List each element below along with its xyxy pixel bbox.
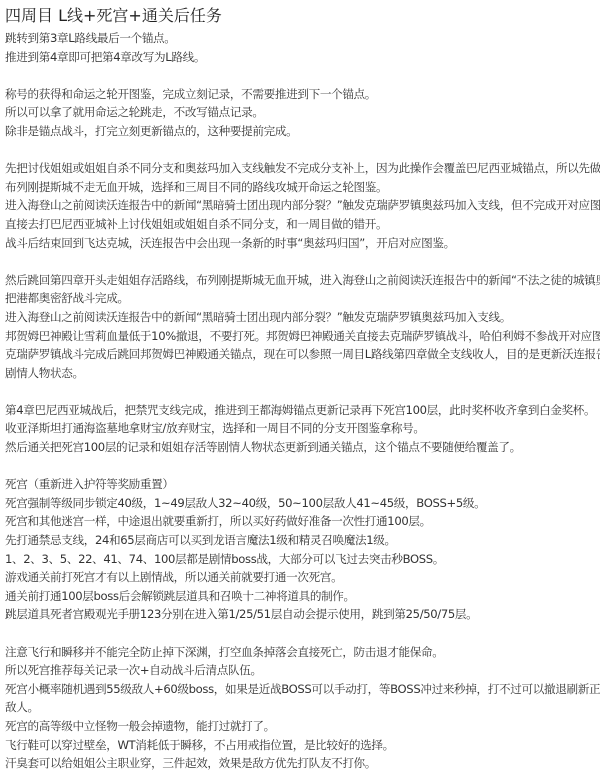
guide-document: 四周目 L线+死宫+通关后任务 跳转到第3章L路线最后一个锚点。 推进到第4章即…	[0, 0, 600, 773]
paragraph-spacer	[5, 66, 600, 85]
text-line: 跳层道具死者宫殿观光手册123分别在进入第1/25/51层自动会提示使用，跳到第…	[5, 605, 600, 624]
text-line: 所以死宫推荐每关记录一次+自动战斗后清点队伍。	[5, 661, 600, 680]
text-line: 进入海登山之前阅读沃连报告中的新闻“黑暗骑士团出现内部分裂？”触发克瑞萨罗镇奥兹…	[5, 308, 600, 327]
paragraph-palace-of-dead: 死宫（重新进入护符等奖励重置） 死宫强制等级同步锁定40级，1~49层敌人32~…	[5, 475, 600, 624]
paragraph-spacer	[5, 457, 600, 476]
page-title: 四周目 L线+死宫+通关后任务	[5, 4, 600, 28]
text-line: 注意飞行和瞬移并不能完全防止掉下深渊，打空血条掉落会直接死亡，防击退才能保命。	[5, 643, 600, 662]
paragraph-chapter4-finish: 第4章巴尼西亚城战后，把禁咒支线完成，推进到王都海姆锚点更新记录再下死宫100层…	[5, 401, 600, 457]
text-line: 死宫强制等级同步锁定40级，1~49层敌人32~40级，50~100层敌人41~…	[5, 494, 600, 513]
text-line: 收亚泽斯坦打通海盗墓地拿财宝/放弃财宝，选择和一周目不同的分支开图鉴拿称号。	[5, 419, 600, 438]
text-line: 游戏通关前打死宫才有以上剧情战，所以通关前就要打通一次死宫。	[5, 568, 600, 587]
text-line: 然后跳回第四章开头走姐姐存活路线，布列刚提斯城无血开城，进入海登山之前阅读沃连报…	[5, 271, 600, 290]
text-line: 死宫小概率随机遇到55级敌人+60级boss，如果是近战BOSS可以手动打，等B…	[5, 680, 600, 699]
text-line: 战斗后结束回到飞达克城，沃连报告中会出现一条新的时事“奥兹玛归国”，开启对应图鉴…	[5, 234, 600, 253]
text-line: 1、2、3、5、22、41、74、100层都是剧情boss战，大部分可以飞过去突…	[5, 550, 600, 569]
text-line: 布列刚提斯城不走无血开城，选择和三周目不同的路线攻城开命运之轮图鉴。	[5, 178, 600, 197]
text-line: 邦贺姆巴神殿让雪莉血量低于10%撤退，不要打死。邦贺姆巴神殿通关直接去克瑞萨罗镇…	[5, 327, 600, 346]
text-line: 然后通关把死宫100层的记录和姐姐存活等剧情人物状态更新到通关锚点，这个锚点不要…	[5, 438, 600, 457]
text-line: 汗臭套可以给姐姐公主职业穿，三件起效，效果是敌方优先打队友不打你。	[5, 754, 600, 773]
text-line: 剧情人物状态。	[5, 364, 600, 383]
paragraph-branch-fill: 先把讨伐姐姐或姐姐自杀不同分支和奥兹玛加入支线触发不完成分支补上，因为此操作会覆…	[5, 159, 600, 252]
text-line: 飞行鞋可以穿过壁垒，WT消耗低于瞬移，不占用戒指位置，是比较好的选择。	[5, 736, 600, 755]
text-line: 克瑞萨罗镇战斗完成后跳回邦贺姆巴神殿通关锚点，现在可以参照一周目L路线第四章做全…	[5, 345, 600, 364]
text-line: 第4章巴尼西亚城战后，把禁咒支线完成，推进到王都海姆锚点更新记录再下死宫100层…	[5, 401, 600, 420]
text-line: 把港都奥密舒战斗完成。	[5, 289, 600, 308]
paragraph-spacer	[5, 141, 600, 160]
text-line: 所以可以拿了就用命运之轮跳走，不改写锚点记录。	[5, 103, 600, 122]
paragraph-anchor-rules: 称号的获得和命运之轮开图鉴，完成立刻记录，不需要推进到下一个锚点。 所以可以拿了…	[5, 85, 600, 141]
text-line: 先打通禁忌支线，24和65层商店可以买到龙语言魔法1级和精灵召唤魔法1级。	[5, 531, 600, 550]
text-line: 通关前打通100层boss后会解锁跳层道具和召唤十二神将道具的制作。	[5, 587, 600, 606]
text-line: 直接去打巴尼西亚城补上讨伐姐姐或姐姐自杀不同分支，和一周目做的错开。	[5, 215, 600, 234]
paragraph-spacer	[5, 252, 600, 271]
text-line: 跳转到第3章L路线最后一个锚点。	[5, 29, 600, 48]
paragraph-sister-alive-route: 然后跳回第四章开头走姐姐存活路线，布列刚提斯城无血开城，进入海登山之前阅读沃连报…	[5, 271, 600, 383]
text-line: 推进到第4章即可把第4章改写为L路线。	[5, 48, 600, 67]
paragraph-spacer	[5, 382, 600, 401]
paragraph-spacer	[5, 624, 600, 643]
paragraph-tips: 注意飞行和瞬移并不能完全防止掉下深渊，打空血条掉落会直接死亡，防击退才能保命。 …	[5, 643, 600, 773]
text-line: 敌人。	[5, 698, 600, 717]
text-line: 进入海登山之前阅读沃连报告中的新闻“黑暗骑士团出现内部分裂？”触发克瑞萨罗镇奥兹…	[5, 196, 600, 215]
text-line: 除非是锚点战斗，打完立刻更新锚点的，这种要提前完成。	[5, 122, 600, 141]
paragraph-chapter-jump: 跳转到第3章L路线最后一个锚点。 推进到第4章即可把第4章改写为L路线。	[5, 29, 600, 66]
section-heading: 死宫（重新进入护符等奖励重置）	[5, 475, 600, 494]
text-line: 先把讨伐姐姐或姐姐自杀不同分支和奥兹玛加入支线触发不完成分支补上，因为此操作会覆…	[5, 159, 600, 178]
text-line: 称号的获得和命运之轮开图鉴，完成立刻记录，不需要推进到下一个锚点。	[5, 85, 600, 104]
text-line: 死宫的高等级中立怪物一般会掉遗物，能打过就打了。	[5, 717, 600, 736]
text-line: 死宫和其他迷宫一样，中途退出就要重新打，所以买好药做好准备一次性打通100层。	[5, 512, 600, 531]
